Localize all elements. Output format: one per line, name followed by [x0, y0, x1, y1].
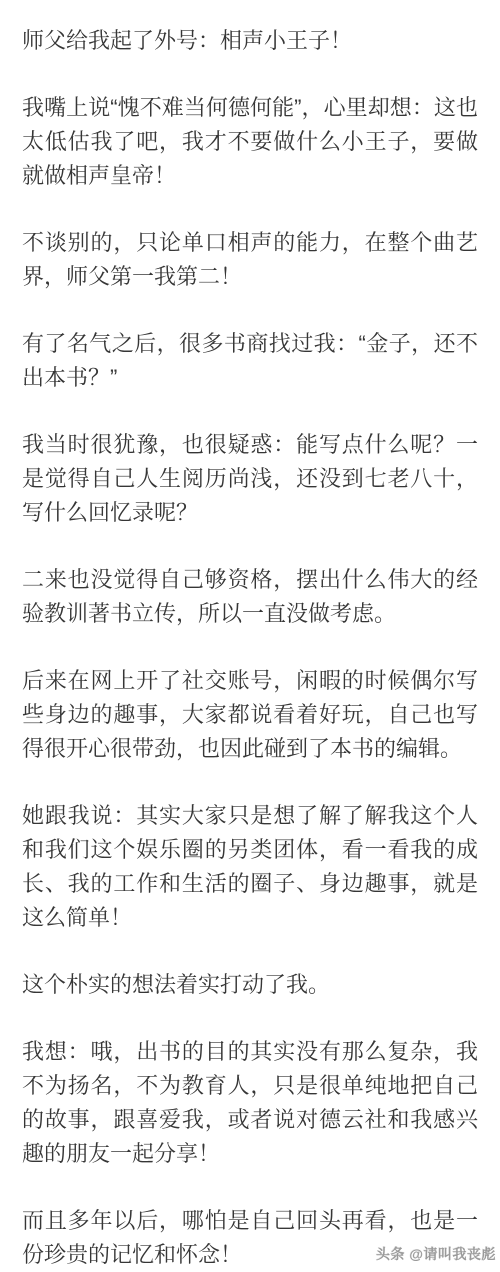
- paragraph: 二来也没觉得自己够资格，摆出什么伟大的经验教训著书立传，所以一直没做考虑。: [22, 563, 478, 631]
- article-body: 师父给我起了外号：相声小王子！ 我嘴上说“愧不难当何德何能”，心里却想：这也太低…: [0, 0, 500, 1272]
- paragraph: 师父给我起了外号：相声小王子！: [22, 24, 478, 58]
- paragraph: 后来在网上开了社交账号，闲暇的时候偶尔写些身边的趣事，大家都说看着好玩，自己也写…: [22, 664, 478, 766]
- toutiao-watermark: 头条 @请叫我丧彪: [376, 1244, 496, 1264]
- paragraph: 不谈别的，只论单口相声的能力，在整个曲艺界，师父第一我第二！: [22, 226, 478, 294]
- paragraph: 我嘴上说“愧不难当何德何能”，心里却想：这也太低估我了吧，我才不要做什么小王子，…: [22, 91, 478, 193]
- paragraph: 这个朴实的想法着实打动了我。: [22, 968, 478, 1002]
- paragraph: 我当时很犹豫，也很疑惑：能写点什么呢？一是觉得自己人生阅历尚浅，还没到七老八十，…: [22, 428, 478, 530]
- paragraph: 有了名气之后，很多书商找过我：“金子，还不出本书？”: [22, 327, 478, 395]
- paragraph: 她跟我说：其实大家只是想了解了解我这个人和我们这个娱乐圈的另类团体，看一看我的成…: [22, 799, 478, 935]
- paragraph: 我想：哦，出书的目的其实没有那么复杂，我不为扬名，不为教育人，只是很单纯地把自己…: [22, 1035, 478, 1171]
